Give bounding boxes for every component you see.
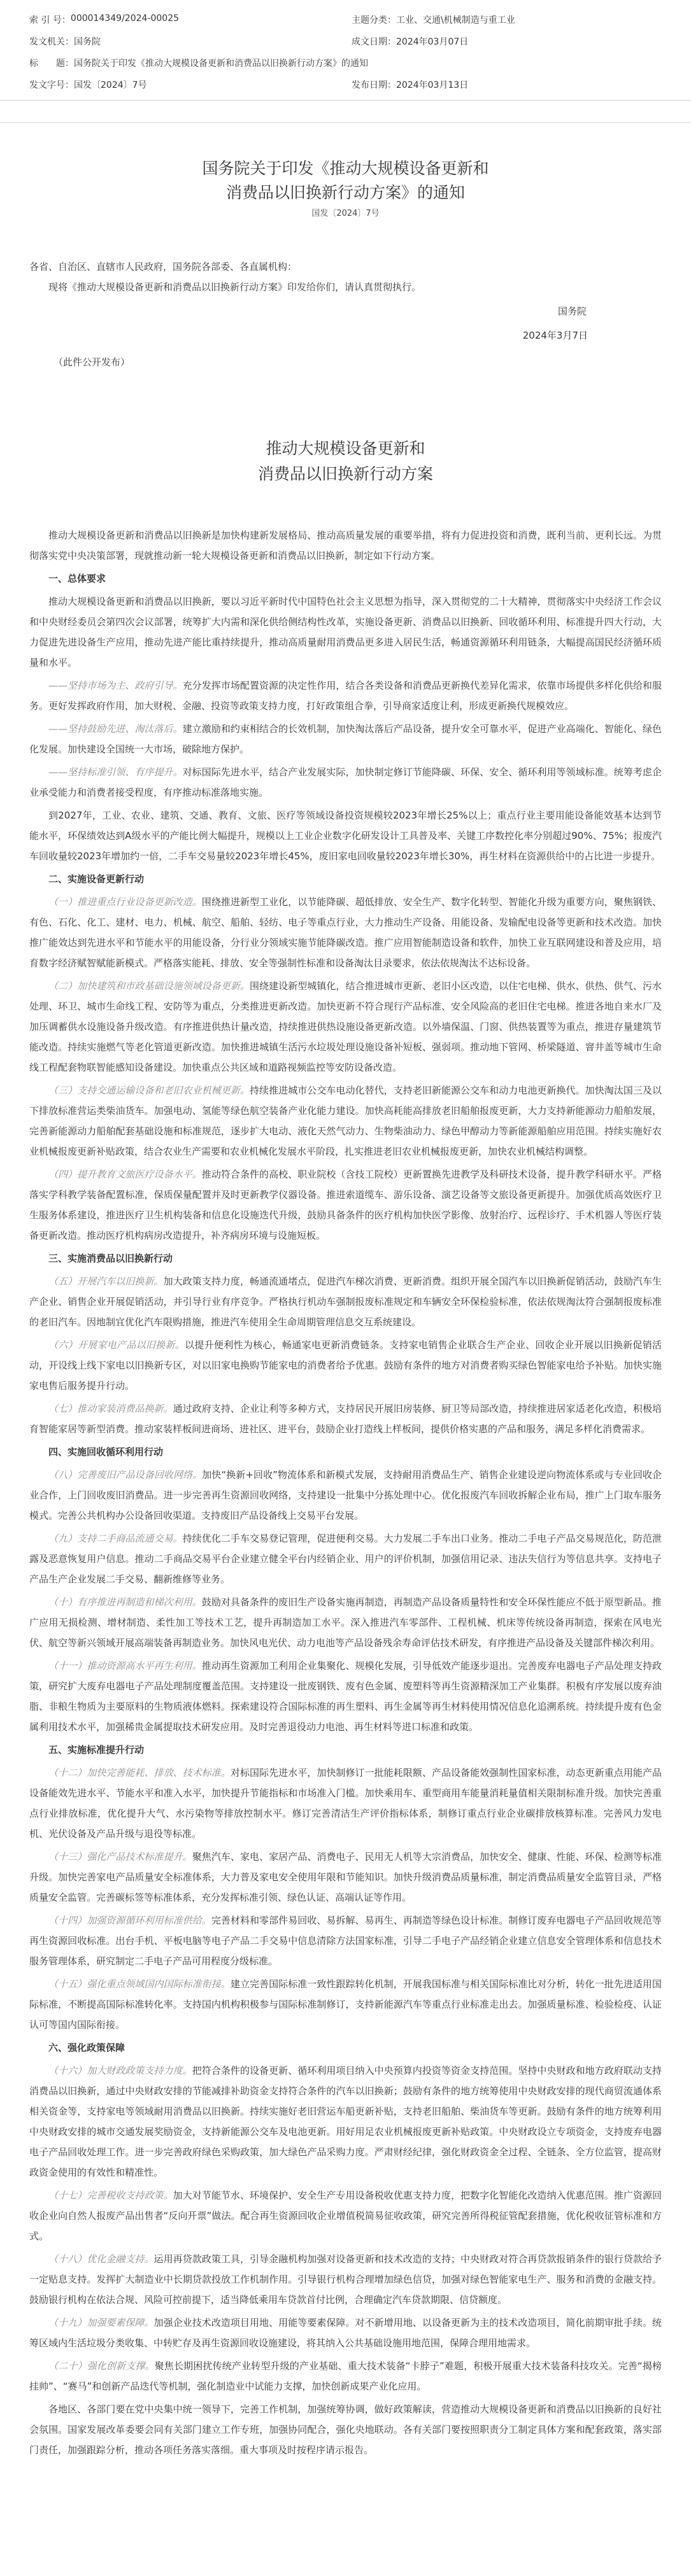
paragraph-lead-phrase: （十二）加快完善能耗、排放、技术标准。 [48, 1767, 231, 1778]
paragraph-lead-phrase: （一）推进重点行业设备更新改造。 [48, 896, 202, 908]
plan-section-block: 五、实施标准提升行动（十二）加快完善能耗、排放、技术标准。对标国际先进水平，加快… [29, 1740, 662, 2035]
section-heading: 四、实施回收循环利用行动 [29, 1442, 662, 1462]
section-heading: 二、实施设备更新行动 [29, 869, 662, 889]
paragraph-lead-phrase: （十七）完善税收支持政策。 [48, 2190, 173, 2201]
plan-title: 推动大规模设备更新和 消费品以旧换新行动方案 [0, 436, 691, 487]
plan-section-block: 二、实施设备更新行动（一）推进重点行业设备更新改造。围绕推进新型工业化，以节能降… [29, 869, 662, 1246]
section-paragraph: （十二）加快完善能耗、排放、技术标准。对标国际先进水平，加快制修订一批能耗限额、… [29, 1763, 662, 1844]
plan-section-block: 三、实施消费品以旧换新行动（五）开展汽车以旧换新。加大政策支持力度，畅通流通堵点… [29, 1248, 662, 1439]
publish-date-label: 发布日期： [352, 78, 396, 91]
section-paragraph: （五）开展汽车以旧换新。加大政策支持力度，畅通流通堵点，促进汽车梯次消费、更新消… [29, 1271, 662, 1332]
paragraph-lead-phrase: （十四）加强资源循环利用标准供给。 [48, 1915, 211, 1926]
topic-category-value: 工业、交通\机械制造与重工业 [396, 13, 515, 26]
paragraph-lead-phrase: （九）支持二手商品流通交易。 [48, 1533, 183, 1544]
section-paragraph: （十）有序推进再制造和梯次利用。鼓励对具备条件的废旧生产设备实施再制造，再制造产… [29, 1592, 662, 1653]
plan-section-block: 四、实施回收循环利用行动（八）完善废旧产品设备回收网络。加快“换新+回收”物流体… [29, 1442, 662, 1737]
bottom-spacer [0, 2463, 691, 2520]
plan-section-block: 六、强化政策保障（十六）加大财政政策支持力度。把符合条件的设备更新、循环利用项目… [29, 2038, 662, 2397]
notice-doc-number: 国发〔2024〕7号 [0, 206, 691, 218]
plan-section: 推动大规模设备更新和 消费品以旧换新行动方案 推动大规模设备更新和消费品以旧换新… [0, 436, 691, 2520]
public-release-note: （此件公开发布） [29, 352, 662, 372]
paragraph-lead-phrase: （八）完善废旧产品设备回收网络。 [48, 1469, 202, 1481]
notice-section: 国务院关于印发《推动大规模设备更新和 消费品以旧换新行动方案》的通知 国发〔20… [0, 157, 691, 372]
title-value: 国务院关于印发《推动大规模设备更新和消费品以旧换新行动方案》的通知 [74, 57, 368, 69]
paragraph-text: 推动大规模设备更新和消费品以旧换新，要以习近平新时代中国特色社会主义思想为指导，… [29, 596, 662, 668]
paragraph-lead-phrase: （十九）加强要素保障。 [48, 2317, 154, 2328]
written-date-label: 成文日期： [352, 35, 396, 48]
issuer-label: 发文机关： [29, 35, 74, 48]
notice-title-line-2: 消费品以旧换新行动方案》的通知 [0, 181, 691, 205]
notice-salutation: 各省、自治区、直辖市人民政府，国务院各部委、各直属机构： [29, 257, 662, 277]
meta-row-2: 发文机关： 国务院 成文日期： 2024年03月07日 [29, 31, 691, 52]
section-paragraph: （十八）优化金融支持。运用再贷款政策工具，引导金融机构加强对设备更新和技术改造的… [29, 2249, 662, 2310]
doc-number-value: 国发〔2024〕7号 [74, 78, 147, 91]
publish-date-value: 2024年03月13日 [396, 78, 468, 91]
written-date-value: 2024年03月07日 [396, 35, 468, 48]
paragraph-lead-phrase: （二）加快建筑和市政基础设施领域设备更新。 [48, 980, 250, 992]
section-paragraph: 推动大规模设备更新和消费品以旧换新，要以习近平新时代中国特色社会主义思想为指导，… [29, 591, 662, 673]
notice-body: 现将《推动大规模设备更新和消费品以旧换新行动方案》印发给你们，请认真贯彻执行。 [29, 277, 662, 297]
section-heading: 一、总体要求 [29, 568, 662, 589]
section-paragraph: （十四）加强资源循环利用标准供给。完善材料和零部件易回收、易拆解、易再生、再制造… [29, 1910, 662, 1971]
section-heading: 五、实施标准提升行动 [29, 1740, 662, 1760]
section-paragraph: （四）提升教育文旅医疗设备水平。推动符合条件的高校、职业院校（含技工院校）更新置… [29, 1164, 662, 1246]
plan-section-block: 一、总体要求推动大规模设备更新和消费品以旧换新，要以习近平新时代中国特色社会主义… [29, 568, 662, 866]
paragraph-lead-phrase: （十五）强化重点领域国内国际标准衔接。 [48, 1978, 231, 1990]
plan-intro: 推动大规模设备更新和消费品以旧换新是加快构建新发展格局、推动高质量发展的重要举措… [29, 525, 662, 566]
paragraph-text: 把符合条件的设备更新、循环利用项目纳入中央预算内投资等资金支持范围。坚持中央财政… [29, 2065, 662, 2178]
section-paragraph: （一）推进重点行业设备更新改造。围绕推进新型工业化，以节能降碳、超低排放、安全生… [29, 892, 662, 973]
section-paragraph: （十六）加大财政政策支持力度。把符合条件的设备更新、循环利用项目纳入中央预算内投… [29, 2060, 662, 2183]
divider [0, 122, 691, 123]
paragraph-lead-phrase: ——坚持市场为主、政府引导。 [48, 680, 183, 691]
paragraph-lead-phrase: （十三）强化产品技术标准提升。 [48, 1851, 192, 1862]
title-label: 标 题： [29, 57, 74, 69]
section-paragraph: （七）推动家装消费品换新。通过政府支持、企业让利等多种方式，支持居民开展旧房装修… [29, 1398, 662, 1439]
plan-body: 推动大规模设备更新和消费品以旧换新是加快构建新发展格局、推动高质量发展的重要举措… [0, 525, 691, 2460]
section-paragraph: ——坚持市场为主、政府引导。充分发挥市场配置资源的决定性作用，结合各类设备和消费… [29, 675, 662, 716]
paragraph-lead-phrase: （十六）加大财政政策支持力度。 [48, 2065, 192, 2076]
index-number-value: 000014349/2024-00025 [71, 13, 179, 26]
plan-title-line-2: 消费品以旧换新行动方案 [0, 461, 691, 487]
meta-row-1: 索 引 号： 000014349/2024-00025 主题分类： 工业、交通\… [29, 9, 691, 31]
topic-category-label: 主题分类： [352, 13, 396, 26]
section-heading: 三、实施消费品以旧换新行动 [29, 1248, 662, 1269]
paragraph-lead-phrase: （六）开展家电产品以旧换新。 [48, 1339, 185, 1351]
paragraph-text: 到2027年，工业、农业、建筑、交通、教育、文旅、医疗等领域设备投资规模较202… [29, 810, 662, 862]
section-paragraph: （十三）强化产品技术标准提升。聚焦汽车、家电、家居产品、消费电子、民用无人机等大… [29, 1847, 662, 1908]
paragraph-lead-phrase: ——坚持鼓励先进、淘汰落后。 [48, 723, 183, 735]
meta-row-3: 标 题： 国务院关于印发《推动大规模设备更新和消费品以旧换新行动方案》的通知 [29, 52, 691, 74]
section-paragraph: （十七）完善税收支持政策。加大对节能节水、环境保护、安全生产专用设备税收优惠支持… [29, 2185, 662, 2246]
paragraph-lead-phrase: ——坚持标准引领、有序提升。 [48, 766, 183, 778]
meta-row-4: 发文字号： 国发〔2024〕7号 发布日期： 2024年03月13日 [29, 74, 691, 95]
section-paragraph: （十一）推动资源高水平再生利用。推动再生资源加工利用企业集聚化、规模化发展，引导… [29, 1656, 662, 1737]
plan-sections: 一、总体要求推动大规模设备更新和消费品以旧换新，要以习近平新时代中国特色社会主义… [29, 568, 662, 2397]
section-paragraph: （十九）加强要素保障。加强企业技术改造项目用地、用能等要素保障。对不新增用地、以… [29, 2312, 662, 2353]
doc-number-label: 发文字号： [29, 78, 74, 91]
notice-title-line-1: 国务院关于印发《推动大规模设备更新和 [0, 157, 691, 181]
paragraph-lead-phrase: （十八）优化金融支持。 [48, 2253, 154, 2265]
document-metadata: 索 引 号： 000014349/2024-00025 主题分类： 工业、交通\… [0, 0, 691, 95]
notice-signer: 国务院 [29, 301, 662, 321]
section-paragraph: （九）支持二手商品流通交易。持续优化二手车交易登记管理，促进便利交易。大力发展二… [29, 1528, 662, 1589]
notice-sign-date: 2024年3月7日 [29, 325, 662, 346]
section-paragraph: （三）支持交通运输设备和老旧农业机械更新。持续推进城市公交车电动化替代，支持老旧… [29, 1080, 662, 1162]
issuer-value: 国务院 [74, 35, 101, 48]
section-paragraph: ——坚持鼓励先进、淘汰落后。建立激励和约束相结合的长效机制，加快淘汰落后产品设备… [29, 719, 662, 759]
paragraph-lead-phrase: （二十）强化创新支撑。 [48, 2360, 155, 2372]
paragraph-lead-phrase: （五）开展汽车以旧换新。 [48, 1276, 164, 1287]
section-paragraph: （二）加快建筑和市政基础设施领域设备更新。围绕建设新型城镇化，结合推进城市更新、… [29, 976, 662, 1078]
paragraph-lead-phrase: （三）支持交通运输设备和老旧农业机械更新。 [48, 1085, 250, 1096]
paragraph-lead-phrase: （十一）推动资源高水平再生利用。 [48, 1660, 202, 1672]
section-paragraph: （八）完善废旧产品设备回收网络。加快“换新+回收”物流体系和新模式发展，支持耐用… [29, 1465, 662, 1526]
section-paragraph: （六）开展家电产品以旧换新。以提升便利性为核心，畅通家电更新消费链条。支持家电销… [29, 1335, 662, 1396]
section-paragraph: （二十）强化创新支撑。聚焦长期困扰传统产业转型升级的产业基础、重大技术装备“卡脖… [29, 2356, 662, 2397]
section-heading: 六、强化政策保障 [29, 2038, 662, 2058]
section-paragraph: 到2027年，工业、农业、建筑、交通、教育、文旅、医疗等领域设备投资规模较202… [29, 805, 662, 866]
plan-title-line-1: 推动大规模设备更新和 [0, 436, 691, 461]
paragraph-lead-phrase: （七）推动家装消费品换新。 [48, 1403, 173, 1414]
plan-closing: 各地区、各部门要在党中央集中统一领导下，完善工作机制，加强统筹协调，做好政策解读… [29, 2399, 662, 2460]
section-paragraph: ——坚持标准引领、有序提升。对标国际先进水平，结合产业发展实际，加快制定修订节能… [29, 762, 662, 803]
paragraph-lead-phrase: （十）有序推进再制造和梯次利用。 [48, 1596, 202, 1608]
divider [0, 100, 691, 101]
notice-title: 国务院关于印发《推动大规模设备更新和 消费品以旧换新行动方案》的通知 [0, 157, 691, 205]
index-number-label: 索 引 号： [29, 13, 71, 26]
section-paragraph: （十五）强化重点领域国内国际标准衔接。建立完善国际标准一致性跟踪转化机制，开展我… [29, 1974, 662, 2035]
paragraph-lead-phrase: （四）提升教育文旅医疗设备水平。 [48, 1169, 202, 1180]
paragraph-text: 围绕建设新型城镇化，结合推进城市更新、老旧小区改造，以住宅电梯、供水、供热、供气… [29, 980, 662, 1073]
